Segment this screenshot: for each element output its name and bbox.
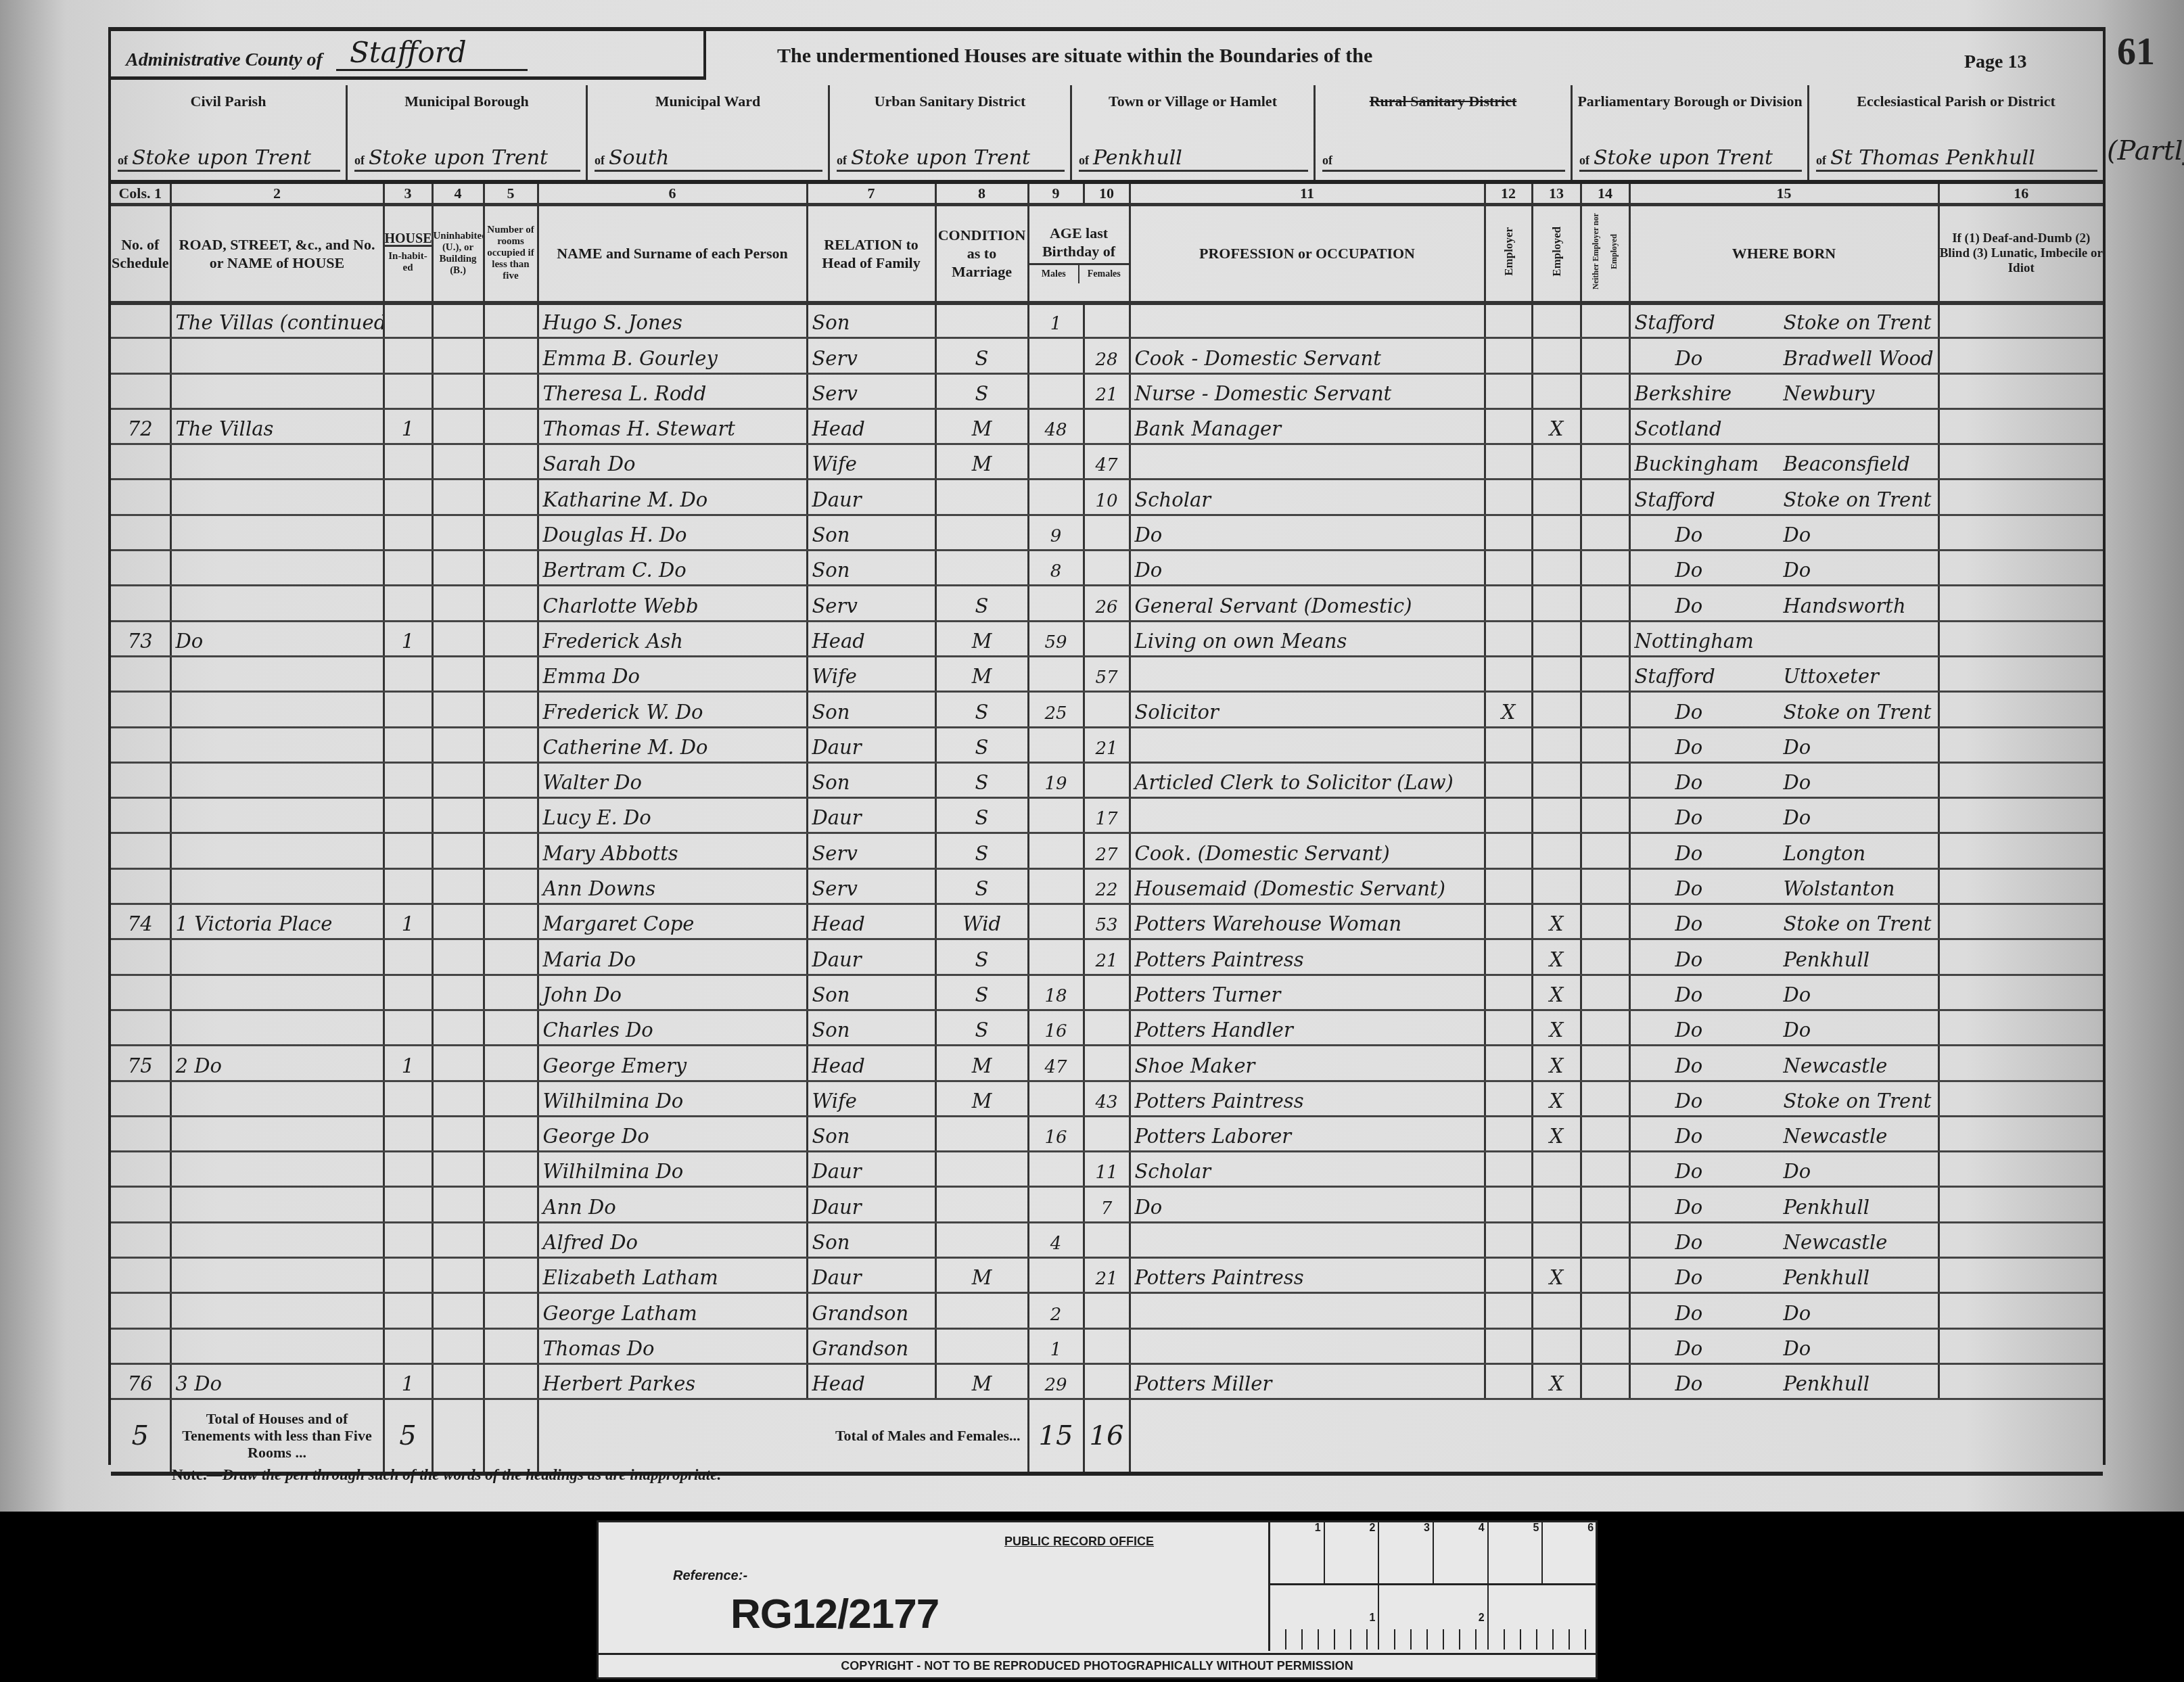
occupation: Potters Laborer [1130,1116,1485,1151]
employed-mark [1532,373,1581,408]
column-number: 11 [1130,184,1485,204]
employed-mark: X [1532,975,1581,1010]
rooms [484,551,538,586]
age-female [1084,1010,1130,1045]
age-female [1084,1328,1130,1363]
rooms [484,586,538,621]
table-row: 72The Villas1Thomas H. StewartHeadM48Ban… [111,408,2103,444]
heading-employer: Employer [1485,204,1532,303]
age-female [1084,1222,1130,1257]
column-number: 7 [807,184,935,204]
infirmity [1938,408,2103,444]
relation: Head [807,904,935,939]
person-name: Thomas Do [538,1328,807,1363]
person-name: Herbert Parkes [538,1363,807,1399]
infirmity [1938,1046,2103,1081]
relation: Head [807,621,935,656]
district-3: Urban Sanitary DistrictofStoke upon Tren… [830,85,1072,180]
address [170,1116,384,1151]
district-label: Parliamentary Borough or Division [1573,85,1807,111]
district-6: Parliamentary Borough or DivisionofStoke… [1573,85,1809,180]
relation: Son [807,515,935,550]
condition: Wid [935,904,1028,939]
occupation: Nurse - Domestic Servant [1130,373,1485,408]
person-name: Maria Do [538,939,807,975]
ruler-mark: 2 [1379,1585,1488,1650]
neither-mark [1581,939,1629,975]
table-row: Catherine M. DoDaurS21DoDo [111,727,2103,762]
infirmity [1938,373,2103,408]
employer-mark [1485,1363,1532,1399]
address: 3 Do [170,1363,384,1399]
column-number: 13 [1532,184,1581,204]
occupation: Housemaid (Domestic Servant) [1130,868,1485,904]
schedule-number [111,1081,170,1116]
condition: M [935,1046,1028,1081]
ruler-mark: 1 [1270,1522,1325,1583]
schedule-number: 72 [111,408,170,444]
age-male [1028,373,1084,408]
uninhabited [432,798,484,833]
condition [935,1187,1028,1222]
inhabited [384,303,432,338]
neither-mark [1581,1328,1629,1363]
form-note: Note.—Draw the pen through such of the w… [172,1466,721,1484]
person-name: Mary Abbotts [538,833,807,868]
employer-mark [1485,480,1532,515]
where-born: BerkshireNewbury [1629,373,1938,408]
relation: Daur [807,939,935,975]
uninhabited [432,303,484,338]
age-male [1028,727,1084,762]
condition: S [935,868,1028,904]
inhabited [384,338,432,373]
age-male: 19 [1028,762,1084,797]
age-male: 4 [1028,1222,1084,1257]
address [170,939,384,975]
uninhabited [432,868,484,904]
occupation: Living on own Means [1130,621,1485,656]
address [170,1328,384,1363]
employer-mark [1485,727,1532,762]
person-name: Thomas H. Stewart [538,408,807,444]
totals-row: 5 Total of Houses and of Tenements with … [111,1399,2103,1474]
relation: Daur [807,727,935,762]
employed-mark [1532,1293,1581,1328]
uninhabited [432,1328,484,1363]
age-female: 53 [1084,904,1130,939]
inhabited [384,762,432,797]
condition: S [935,1010,1028,1045]
where-born: DoLongton [1629,833,1938,868]
rooms [484,373,538,408]
heading-road: ROAD, STREET, &c., and No. or NAME of HO… [170,204,384,303]
employer-mark [1485,444,1532,480]
person-name: Margaret Cope [538,904,807,939]
where-born: DoPenkhull [1629,939,1938,975]
condition [935,303,1028,338]
address [170,833,384,868]
condition: M [935,1363,1028,1399]
age-female: 26 [1084,586,1130,621]
condition: M [935,408,1028,444]
inhabited [384,1187,432,1222]
employer-mark [1485,975,1532,1010]
rooms [484,515,538,550]
infirmity [1938,303,2103,338]
inhabited: 1 [384,1363,432,1399]
where-born: DoPenkhull [1629,1187,1938,1222]
district-value: ofSt Thomas Penkhull [1816,146,2097,172]
age-female: 7 [1084,1187,1130,1222]
where-born: DoPenkhull [1629,1258,1938,1293]
condition: S [935,338,1028,373]
employer-mark [1485,868,1532,904]
person-name: Ann Downs [538,868,807,904]
condition: S [935,727,1028,762]
relation: Grandson [807,1328,935,1363]
employed-mark [1532,338,1581,373]
person-name: Katharine M. Do [538,480,807,515]
heading-employed: Employed [1532,204,1581,303]
schedule-number [111,373,170,408]
admin-county-box: Administrative County of Stafford [111,31,706,80]
uninhabited [432,1116,484,1151]
employed-mark [1532,1152,1581,1187]
rooms [484,1328,538,1363]
address: 2 Do [170,1046,384,1081]
age-male: 9 [1028,515,1084,550]
schedule-number [111,480,170,515]
where-born: StaffordUttoxeter [1629,656,1938,691]
occupation: Shoe Maker [1130,1046,1485,1081]
occupation: General Servant (Domestic) [1130,586,1485,621]
occupation: Scholar [1130,1152,1485,1187]
condition [935,480,1028,515]
uninhabited [432,480,484,515]
age-male [1028,939,1084,975]
district-5: Rural Sanitary Districtof [1316,85,1573,180]
relation: Son [807,692,935,727]
condition: S [935,762,1028,797]
employed-mark [1532,833,1581,868]
column-number: 16 [1938,184,2103,204]
age-male [1028,444,1084,480]
address [170,1081,384,1116]
schedule-number [111,656,170,691]
occupation: Do [1130,1187,1485,1222]
table-row: Alfred DoSon4DoNewcastle [111,1222,2103,1257]
inhabited [384,1010,432,1045]
address [170,1293,384,1328]
age-male: 1 [1028,303,1084,338]
relation: Serv [807,833,935,868]
page-label: Page 13 [1964,51,2027,73]
relation: Grandson [807,1293,935,1328]
schedule-number [111,1293,170,1328]
age-female: 10 [1084,480,1130,515]
employer-mark [1485,939,1532,975]
person-name: Charlotte Webb [538,586,807,621]
age-male: 2 [1028,1293,1084,1328]
relation: Son [807,1116,935,1151]
rooms [484,904,538,939]
person-name: Wilhilmina Do [538,1081,807,1116]
age-female: 43 [1084,1081,1130,1116]
infirmity [1938,1293,2103,1328]
address [170,1152,384,1187]
age-male: 29 [1028,1363,1084,1399]
occupation: Bank Manager [1130,408,1485,444]
schedule-number [111,762,170,797]
condition: S [935,939,1028,975]
age-female: 21 [1084,373,1130,408]
schedule-number [111,551,170,586]
relation: Serv [807,373,935,408]
schedule-number [111,444,170,480]
rooms [484,975,538,1010]
where-born: Nottingham [1629,621,1938,656]
district-4: Town or Village or HamletofPenkhull [1072,85,1316,180]
condition: M [935,656,1028,691]
employer-mark [1485,515,1532,550]
rooms [484,621,538,656]
schedule-number: 75 [111,1046,170,1081]
where-born: DoStoke on Trent [1629,692,1938,727]
column-number: 12 [1485,184,1532,204]
employed-mark [1532,303,1581,338]
table-row: 752 Do1George EmeryHeadM47Shoe MakerXDoN… [111,1046,2103,1081]
neither-mark [1581,621,1629,656]
infirmity [1938,480,2103,515]
heading-females: Females [1078,265,1129,283]
neither-mark [1581,727,1629,762]
total-houses-label: Total of Houses and of Tenements with le… [170,1399,384,1474]
infirmity [1938,1222,2103,1257]
condition: S [935,692,1028,727]
address [170,444,384,480]
reference-label: Reference:- [673,1568,747,1584]
employer-mark: X [1485,692,1532,727]
district-label: Urban Sanitary District [830,85,1070,111]
age-female: 21 [1084,1258,1130,1293]
infirmity [1938,551,2103,586]
condition: M [935,1258,1028,1293]
age-female [1084,1046,1130,1081]
neither-mark [1581,515,1629,550]
inhabited [384,1116,432,1151]
age-female [1084,621,1130,656]
occupation: Cook - Domestic Servant [1130,338,1485,373]
uninhabited [432,1046,484,1081]
age-female: 21 [1084,939,1130,975]
total-houses-count: 5 [111,1399,170,1474]
where-born: DoDo [1629,762,1938,797]
occupation [1130,444,1485,480]
condition [935,1293,1028,1328]
inhabited: 1 [384,1046,432,1081]
employer-mark [1485,1258,1532,1293]
inhabited [384,1328,432,1363]
infirmity [1938,1116,2103,1151]
occupation [1130,1222,1485,1257]
inhabited [384,1081,432,1116]
table-row: Ann DownsServS22Housemaid (Domestic Serv… [111,868,2103,904]
infirmity [1938,515,2103,550]
inhabited: 1 [384,904,432,939]
employer-mark [1485,1222,1532,1257]
employed-mark: X [1532,1258,1581,1293]
person-name: Frederick W. Do [538,692,807,727]
age-male [1028,338,1084,373]
person-name: Elizabeth Latham [538,1258,807,1293]
neither-mark [1581,1010,1629,1045]
inhabited [384,1222,432,1257]
address [170,1187,384,1222]
employed-mark: X [1532,408,1581,444]
rooms [484,727,538,762]
ruler-mark: 2 [1325,1522,1380,1583]
uninhabited [432,975,484,1010]
neither-mark [1581,656,1629,691]
condition: S [935,586,1028,621]
occupation [1130,303,1485,338]
employer-mark [1485,551,1532,586]
uninhabited [432,551,484,586]
table-row: Mary AbbottsServS27Cook. (Domestic Serva… [111,833,2103,868]
occupation: Potters Paintress [1130,939,1485,975]
infirmity [1938,1328,2103,1363]
total-females: 16 [1084,1399,1130,1474]
inhabited [384,1152,432,1187]
employer-mark [1485,798,1532,833]
reference-number: RG12/2177 [730,1590,939,1638]
schedule-number [111,586,170,621]
uninhabited [432,586,484,621]
neither-mark [1581,586,1629,621]
person-name: Charles Do [538,1010,807,1045]
column-number: 6 [538,184,807,204]
column-number: 4 [432,184,484,204]
person-name: Walter Do [538,762,807,797]
schedule-number: 76 [111,1363,170,1399]
uninhabited [432,1152,484,1187]
table-row: George LathamGrandson2DoDo [111,1293,2103,1328]
heading-age: AGE last Birthday ofMalesFemales [1028,204,1130,303]
heading-rooms: Number of rooms occupied if less than fi… [484,204,538,303]
schedule-number [111,868,170,904]
district-value: ofStoke upon Trent [837,146,1065,172]
census-page: 61 (Partly) Administrative County of Sta… [0,0,2184,1512]
employed-mark [1532,621,1581,656]
person-name: George Latham [538,1293,807,1328]
uninhabited [432,515,484,550]
relation: Daur [807,798,935,833]
employed-mark [1532,444,1581,480]
relation: Serv [807,868,935,904]
condition [935,1152,1028,1187]
where-born: DoDo [1629,1010,1938,1045]
ruler-mark [1489,1585,1598,1650]
inhabited: 1 [384,408,432,444]
schedule-number [111,727,170,762]
public-record-office-stamp: PUBLIC RECORD OFFICE Reference:- RG12/21… [597,1520,1598,1679]
inhabited [384,833,432,868]
employed-mark [1532,727,1581,762]
where-born: DoStoke on Trent [1629,904,1938,939]
employed-mark: X [1532,1363,1581,1399]
relation: Head [807,408,935,444]
employer-mark [1485,1010,1532,1045]
address [170,338,384,373]
employer-mark [1485,1046,1532,1081]
occupation: Articled Clerk to Solicitor (Law) [1130,762,1485,797]
occupation: Potters Miller [1130,1363,1485,1399]
inhabited [384,868,432,904]
age-male [1028,586,1084,621]
schedule-number [111,975,170,1010]
inhabited [384,444,432,480]
uninhabited [432,1081,484,1116]
address [170,480,384,515]
schedule-number: 74 [111,904,170,939]
uninhabited [432,727,484,762]
person-name: Theresa L. Rodd [538,373,807,408]
ruler-mark: 5 [1489,1522,1543,1583]
column-number: 14 [1581,184,1629,204]
column-number: 3 [384,184,432,204]
where-born: BuckinghamBeaconsfield [1629,444,1938,480]
address [170,1258,384,1293]
rooms [484,1363,538,1399]
where-born: DoDo [1629,798,1938,833]
employed-mark: X [1532,1116,1581,1151]
heading-neither: Neither Employer nor Employed [1581,204,1629,303]
office-name: PUBLIC RECORD OFFICE [1004,1535,1154,1549]
table-row: Bertram C. DoSon8DoDoDo [111,551,2103,586]
heading-name: NAME and Surname of each Person [538,204,807,303]
person-name: Emma B. Gourley [538,338,807,373]
age-male: 1 [1028,1328,1084,1363]
person-name: Emma Do [538,656,807,691]
schedule-number: 73 [111,621,170,656]
age-male [1028,1187,1084,1222]
age-male: 25 [1028,692,1084,727]
column-headings-row: No. of Schedule ROAD, STREET, &c., and N… [111,204,2103,303]
admin-county-value: Stafford [336,36,528,71]
infirmity [1938,1081,2103,1116]
age-male [1028,480,1084,515]
relation: Daur [807,1258,935,1293]
total-inhabited: 5 [384,1399,432,1474]
uninhabited [432,1293,484,1328]
infirmity [1938,904,2103,939]
table-row: Elizabeth LathamDaurM21Potters Paintress… [111,1258,2103,1293]
district-7: Ecclesiastical Parish or DistrictofSt Th… [1809,85,2103,180]
infirmity [1938,727,2103,762]
neither-mark [1581,868,1629,904]
employed-mark: X [1532,1081,1581,1116]
rooms [484,1258,538,1293]
age-male [1028,1258,1084,1293]
age-male [1028,904,1084,939]
address: Do [170,621,384,656]
relation: Daur [807,1187,935,1222]
district-label: Ecclesiastical Parish or District [1809,85,2103,111]
occupation: Solicitor [1130,692,1485,727]
condition [935,515,1028,550]
where-born: StaffordStoke on Trent [1629,303,1938,338]
